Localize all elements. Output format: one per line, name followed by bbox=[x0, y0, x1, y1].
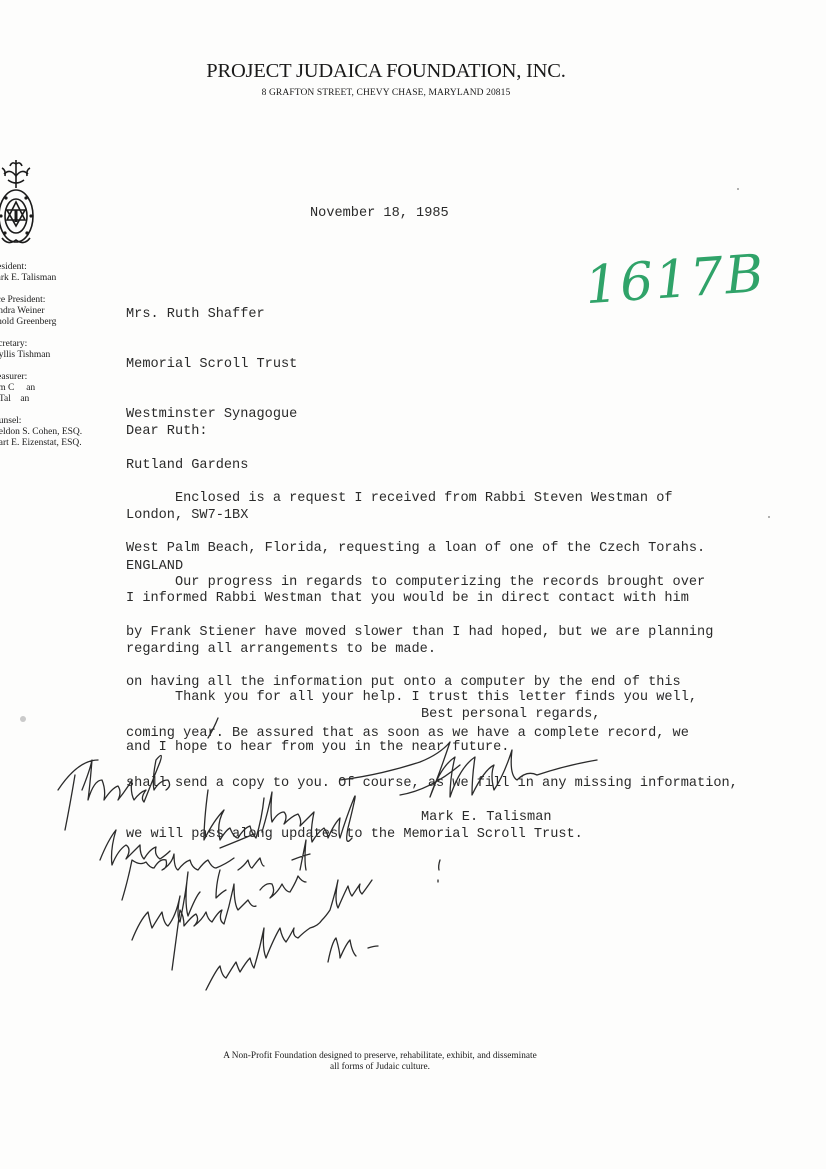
officer-president: resident: lark E. Talisman bbox=[0, 262, 114, 284]
officers-list: resident: lark E. Talisman ice President… bbox=[0, 262, 114, 460]
recipient-line: Westminster Synagogue bbox=[126, 407, 297, 424]
organization-address: 8 GRAFTON STREET, CHEVY CHASE, MARYLAND … bbox=[196, 88, 576, 98]
scan-speck bbox=[737, 188, 739, 190]
closing: Best personal regards, bbox=[421, 707, 600, 724]
body-line: Thank you for all your help. I trust thi… bbox=[126, 690, 697, 707]
officer-name: rnold Greenberg bbox=[0, 317, 114, 328]
body-paragraph-3: Thank you for all your help. I trust thi… bbox=[126, 656, 697, 774]
body-line: Enclosed is a request I received from Ra… bbox=[126, 491, 705, 508]
body-line: Our progress in regards to computerizing… bbox=[126, 575, 738, 592]
officer-role: ecretary: bbox=[0, 339, 114, 350]
signer-name: Mark E. Talisman bbox=[421, 810, 552, 827]
officer-treasurer: reasurer: am C an l Tal an bbox=[0, 372, 114, 405]
officer-name: hyllis Tishman bbox=[0, 350, 114, 361]
officer-secretary: ecretary: hyllis Tishman bbox=[0, 339, 114, 361]
recipient-line: Memorial Scroll Trust bbox=[126, 357, 297, 374]
officer-name: uart E. Eizenstat, ESQ. bbox=[0, 438, 114, 449]
officer-role: ounsel: bbox=[0, 416, 114, 427]
recipient-line: Mrs. Ruth Shaffer bbox=[126, 307, 297, 324]
salutation: Dear Ruth: bbox=[126, 424, 208, 441]
body-line: and I hope to hear from you in the near … bbox=[126, 740, 697, 757]
handwritten-file-number: 1617B bbox=[583, 244, 767, 316]
officer-role: ice President: bbox=[0, 295, 114, 306]
body-line: shall send a copy to you. Of course, as … bbox=[126, 776, 738, 793]
footer-line: all forms of Judaic culture. bbox=[150, 1062, 610, 1073]
scan-speck bbox=[768, 516, 770, 518]
officer-name: l Tal an bbox=[0, 394, 114, 405]
foundation-mission-footer: A Non-Profit Foundation designed to pres… bbox=[150, 1051, 610, 1072]
organization-name: PROJECT JUDAICA FOUNDATION, INC. bbox=[196, 60, 576, 83]
officer-name: heldon S. Cohen, ESQ. bbox=[0, 427, 114, 438]
officer-vice-president: ice President: andra Weiner rnold Greenb… bbox=[0, 295, 114, 328]
officer-role: reasurer: bbox=[0, 372, 114, 383]
body-line: by Frank Stiener have moved slower than … bbox=[126, 625, 738, 642]
scan-speck bbox=[20, 716, 26, 722]
letter-date: November 18, 1985 bbox=[310, 206, 449, 223]
officer-name: lark E. Talisman bbox=[0, 273, 114, 284]
officer-counsel: ounsel: heldon S. Cohen, ESQ. uart E. Ei… bbox=[0, 416, 114, 449]
officer-name: andra Weiner bbox=[0, 306, 114, 317]
officer-role: resident: bbox=[0, 262, 114, 273]
officer-name: am C an bbox=[0, 383, 114, 394]
menorah-star-of-david-emblem-icon bbox=[0, 158, 38, 250]
footer-line: A Non-Profit Foundation designed to pres… bbox=[150, 1051, 610, 1062]
body-line: we will pass along updates to the Memori… bbox=[126, 827, 738, 844]
